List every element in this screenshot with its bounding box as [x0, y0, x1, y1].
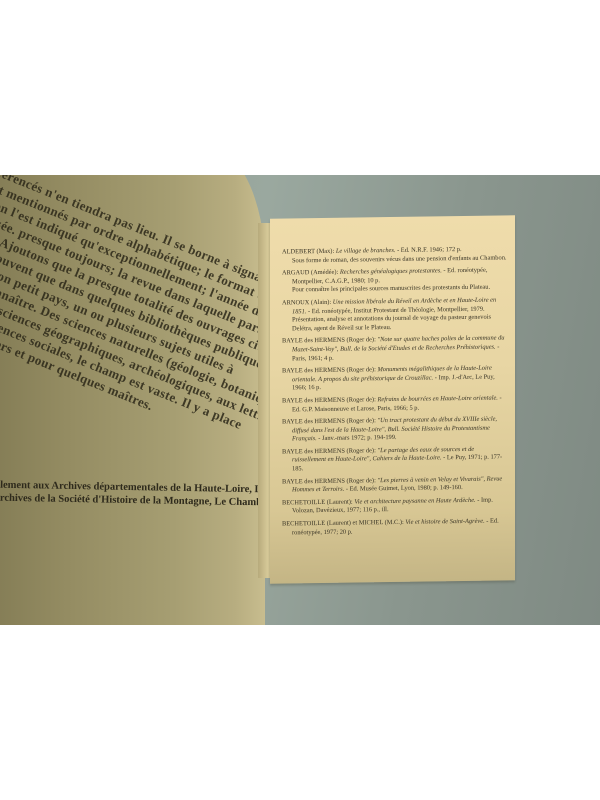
entry-details: - Janv.-mars 1972; p. 194-199. [318, 434, 396, 442]
bibliography-entry: BECHETOILLE (Laurent) et MICHEL (M.C.): … [282, 517, 507, 537]
entry-author: BAYLE des HERMENS (Roger de): [282, 447, 376, 455]
entry-details: - Ed. N.R.F. 1946; 172 p. [397, 246, 461, 254]
entry-author: ALDEBERT (Max): [282, 248, 334, 256]
entry-title: Refrains de bourrées en Haute-Loire orie… [377, 394, 497, 403]
entry-author: BAYLE des HERMENS (Roger de): [282, 477, 376, 485]
entry-author: ARNOUX (Alain): [282, 299, 331, 307]
entry-author: BAYLE des HERMENS (Roger de): [282, 396, 376, 404]
bibliography-entry: ARNOUX (Alain): Une mission libérale du … [282, 296, 507, 334]
entry-author: BECHETOILLE (Laurent): [282, 498, 353, 506]
bibliography-entry: ALDEBERT (Max): Le village de branches. … [282, 245, 507, 265]
entry-author: BAYLE des HERMENS (Roger de): [282, 417, 376, 425]
entry-title: Le village de branches. [336, 247, 396, 255]
bibliography-entry: ARGAUD (Amédée): Recherches généalogique… [282, 267, 507, 296]
left-page-text: référencés n'en tiendra pas lieu. Il se … [0, 175, 287, 443]
entry-author: BAYLE des HERMENS (Roger de): [282, 337, 376, 345]
bibliography-entry: BECHETOILLE (Laurent): Vie et architectu… [282, 496, 507, 516]
bibliography-entry: BAYLE des HERMENS (Roger de): "Note sur … [282, 335, 507, 364]
bibliography-entry: BAYLE des HERMENS (Roger de): "Le partag… [282, 445, 507, 474]
entry-note: Présentation, analyse et annotations du … [292, 314, 507, 334]
bibliography-entry: BAYLE des HERMENS (Roger de): "Un tract … [282, 415, 507, 444]
bibliography-list: ALDEBERT (Max): Le village de branches. … [282, 245, 507, 541]
entry-details: - Ed. Musée Guimet, Lyon, 1980; p. 149-1… [346, 484, 463, 493]
entry-author: ARGAUD (Amédée): [282, 269, 338, 277]
entry-title: Vie et histoire de Saint-Agrève. [405, 518, 484, 526]
left-page: référencés n'en tiendra pas lieu. Il se … [0, 175, 265, 625]
entry-note: Sous forme de roman, des souvenirs vécus… [292, 254, 507, 266]
bibliography-entry: BAYLE des HERMENS (Roger de): "Les pierr… [282, 475, 507, 495]
entry-author: BAYLE des HERMENS (Roger de): [282, 366, 376, 374]
bibliography-entry: BAYLE des HERMENS (Roger de): Monuments … [282, 365, 507, 394]
entry-title: Vie et architecture paysanne en Haute Ar… [354, 497, 475, 506]
right-page: ALDEBERT (Max): Le village de branches. … [270, 215, 515, 583]
entry-title: Recherches généalogiques protestantes. [340, 267, 442, 275]
book-photo: référencés n'en tiendra pas lieu. Il se … [0, 175, 600, 625]
entry-note: Pour connaître les principales sources m… [292, 284, 507, 296]
bibliography-entry: BAYLE des HERMENS (Roger de): Refrains d… [282, 394, 507, 414]
left-page-footnotes: lement aux Archives départementales de l… [0, 479, 260, 510]
entry-author: BECHETOILLE (Laurent) et MICHEL (M.C.): [282, 519, 404, 528]
